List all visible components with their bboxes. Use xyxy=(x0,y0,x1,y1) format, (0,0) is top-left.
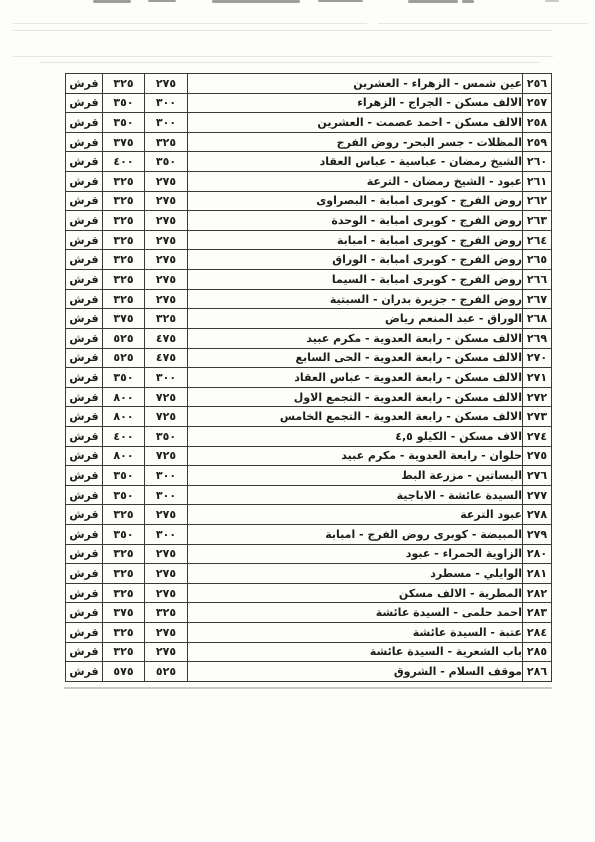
table-row: ٢٥٩المظلات - جسر البحر- روض الفرج٣٢٥٣٧٥ق… xyxy=(66,132,552,152)
fare-unit-cell: قرش xyxy=(66,250,103,270)
route-name-cell: احمد حلمى - السيدة عائشة xyxy=(188,603,523,623)
fare-unit-cell: قرش xyxy=(66,564,103,584)
fare-unit-cell: قرش xyxy=(66,270,103,290)
fare-low-cell: ٣٠٠ xyxy=(145,113,188,133)
row-number-cell: ٢٦٩ xyxy=(523,328,552,348)
fare-low-cell: ٧٢٥ xyxy=(145,407,188,427)
fare-unit-cell: قرش xyxy=(66,662,103,682)
route-name-cell: موقف السلام - الشروق xyxy=(188,662,523,682)
route-name-cell: روض الفرج - كوبرى امبابة - السيما xyxy=(188,270,523,290)
route-name-cell: روض الفرج - كوبرى امبابة - الوراق xyxy=(188,250,523,270)
route-name-cell: البساتين - مزرعة البط xyxy=(188,466,523,486)
route-name-cell: الالف مسكن - رابعة العدوية - التجمع الخا… xyxy=(188,407,523,427)
table-row: ٢٨٥باب الشعرية - السيدة عائشة٢٧٥٣٢٥قرش xyxy=(66,642,552,662)
scan-artifact-line xyxy=(40,62,540,63)
fare-low-cell: ٢٧٥ xyxy=(145,211,188,231)
fare-high-cell: ٨٠٠ xyxy=(103,446,145,466)
fare-high-cell: ٥٢٥ xyxy=(103,348,145,368)
fare-low-cell: ٧٢٥ xyxy=(145,446,188,466)
fare-unit-cell: قرش xyxy=(66,328,103,348)
route-name-cell: باب الشعرية - السيدة عائشة xyxy=(188,642,523,662)
fare-unit-cell: قرش xyxy=(66,348,103,368)
route-name-cell: الوراق - عبد المنعم رياض xyxy=(188,309,523,329)
fare-low-cell: ٢٧٥ xyxy=(145,191,188,211)
row-number-cell: ٢٥٩ xyxy=(523,132,552,152)
fare-high-cell: ٤٠٠ xyxy=(103,152,145,172)
fare-high-cell: ٤٠٠ xyxy=(103,426,145,446)
table-row: ٢٨٣احمد حلمى - السيدة عائشة٣٢٥٣٧٥قرش xyxy=(66,603,552,623)
scan-artifact xyxy=(212,0,300,3)
fare-unit-cell: قرش xyxy=(66,191,103,211)
table-row: ٢٦٧روض الفرج - جزيرة بدران - السبتية٢٧٥٣… xyxy=(66,289,552,309)
table-row: ٢٧٣الالف مسكن - رابعة العدوية - التجمع ا… xyxy=(66,407,552,427)
table-row: ٢٧١الالف مسكن - رابعة العدوية - عباس الع… xyxy=(66,368,552,388)
fare-low-cell: ٣٥٠ xyxy=(145,426,188,446)
fare-unit-cell: قرش xyxy=(66,446,103,466)
route-name-cell: عبود - الشيخ رمضان - الترعة xyxy=(188,172,523,192)
row-number-cell: ٢٦٠ xyxy=(523,152,552,172)
fare-unit-cell: قرش xyxy=(66,525,103,545)
fare-low-cell: ٤٧٥ xyxy=(145,348,188,368)
table-row: ٢٦٠الشيخ رمضان - عباسية - عباس العقاد٣٥٠… xyxy=(66,152,552,172)
route-name-cell: عبود الترعة xyxy=(188,505,523,525)
table-row: ٢٧٩المبيضة - كوبرى روض الفرج - امبابة٣٠٠… xyxy=(66,525,552,545)
table-row: ٢٥٦عين شمس - الزهراء - العشرين٢٧٥٣٢٥قرش xyxy=(66,74,552,94)
route-name-cell: حلوان - رابعة العدوية - مكرم عبيد xyxy=(188,446,523,466)
fare-low-cell: ٢٧٥ xyxy=(145,74,188,94)
fare-unit-cell: قرش xyxy=(66,368,103,388)
row-number-cell: ٢٨٣ xyxy=(523,603,552,623)
fare-high-cell: ٣٥٠ xyxy=(103,368,145,388)
table-row: ٢٧٨عبود الترعة٢٧٥٣٢٥قرش xyxy=(66,505,552,525)
fare-high-cell: ٣٢٥ xyxy=(103,172,145,192)
fare-high-cell: ٣٢٥ xyxy=(103,505,145,525)
row-number-cell: ٢٨٦ xyxy=(523,662,552,682)
fare-unit-cell: قرش xyxy=(66,466,103,486)
scan-artifact xyxy=(318,0,363,2)
fare-high-cell: ٥٧٥ xyxy=(103,662,145,682)
fare-unit-cell: قرش xyxy=(66,485,103,505)
fare-unit-cell: قرش xyxy=(66,623,103,643)
table-row: ٢٨٤عتبة - السيدة عائشة٢٧٥٣٢٥قرش xyxy=(66,623,552,643)
fare-unit-cell: قرش xyxy=(66,309,103,329)
row-number-cell: ٢٨٠ xyxy=(523,544,552,564)
table-row: ٢٨١الوايلي - مسطرد٢٧٥٣٢٥قرش xyxy=(66,564,552,584)
route-name-cell: المظلات - جسر البحر- روض الفرج xyxy=(188,132,523,152)
fare-low-cell: ٣٥٠ xyxy=(145,152,188,172)
scan-artifact-line xyxy=(378,23,588,24)
row-number-cell: ٢٧٢ xyxy=(523,387,552,407)
fare-unit-cell: قرش xyxy=(66,505,103,525)
route-name-cell: الالف مسكن - رابعة العدوية - التجمع الاو… xyxy=(188,387,523,407)
fare-unit-cell: قرش xyxy=(66,113,103,133)
row-number-cell: ٢٦٦ xyxy=(523,270,552,290)
row-number-cell: ٢٦٨ xyxy=(523,309,552,329)
row-number-cell: ٢٧٤ xyxy=(523,426,552,446)
fare-low-cell: ٢٧٥ xyxy=(145,289,188,309)
table-row: ٢٧٧السيدة عائشة - الاباجية٣٠٠٣٥٠قرش xyxy=(66,485,552,505)
table-row: ٢٥٨الالف مسكن - احمد عصمت - العشرين٣٠٠٣٥… xyxy=(66,113,552,133)
fare-low-cell: ٣٠٠ xyxy=(145,466,188,486)
row-number-cell: ٢٨٢ xyxy=(523,583,552,603)
fare-high-cell: ٨٠٠ xyxy=(103,407,145,427)
row-number-cell: ٢٧٨ xyxy=(523,505,552,525)
route-name-cell: المطرية - الالف مسكن xyxy=(188,583,523,603)
fare-unit-cell: قرش xyxy=(66,544,103,564)
table-row: ٢٦٥روض الفرج - كوبرى امبابة - الوراق٢٧٥٣… xyxy=(66,250,552,270)
scan-artifact-line xyxy=(13,30,553,31)
fare-unit-cell: قرش xyxy=(66,603,103,623)
fare-high-cell: ٣٥٠ xyxy=(103,525,145,545)
fare-low-cell: ٢٧٥ xyxy=(145,172,188,192)
scan-artifact xyxy=(545,0,559,2)
route-name-cell: روض الفرج - كوبرى امبابة - امبابة xyxy=(188,230,523,250)
scan-artifact xyxy=(462,0,474,3)
row-number-cell: ٢٦٥ xyxy=(523,250,552,270)
route-name-cell: الالف مسكن - رابعة العدوية - مكرم عبيد xyxy=(188,328,523,348)
table-row: ٢٨٦موقف السلام - الشروق٥٢٥٥٧٥قرش xyxy=(66,662,552,682)
table-row: ٢٧٠الالف مسكن - رابعة العدوية - الحى الس… xyxy=(66,348,552,368)
fare-table-body: ٢٥٦عين شمس - الزهراء - العشرين٢٧٥٣٢٥قرش٢… xyxy=(66,74,552,682)
fare-unit-cell: قرش xyxy=(66,172,103,192)
fare-low-cell: ٢٧٥ xyxy=(145,250,188,270)
fare-unit-cell: قرش xyxy=(66,387,103,407)
table-row: ٢٨٢المطرية - الالف مسكن٢٧٥٣٢٥قرش xyxy=(66,583,552,603)
fare-high-cell: ٣٢٥ xyxy=(103,289,145,309)
table-row: ٢٦٢روض الفرج - كوبرى امبابة - البصراوى٢٧… xyxy=(66,191,552,211)
fare-low-cell: ٤٧٥ xyxy=(145,328,188,348)
scan-artifact xyxy=(408,0,458,3)
fare-high-cell: ٣٢٥ xyxy=(103,544,145,564)
fare-low-cell: ٧٢٥ xyxy=(145,387,188,407)
route-name-cell: عين شمس - الزهراء - العشرين xyxy=(188,74,523,94)
table-row: ٢٦١عبود - الشيخ رمضان - الترعة٢٧٥٣٢٥قرش xyxy=(66,172,552,192)
fare-high-cell: ٣٢٥ xyxy=(103,230,145,250)
row-number-cell: ٢٦٤ xyxy=(523,230,552,250)
fare-low-cell: ٢٧٥ xyxy=(145,623,188,643)
fare-unit-cell: قرش xyxy=(66,289,103,309)
fare-high-cell: ٣٥٠ xyxy=(103,113,145,133)
row-number-cell: ٢٨٥ xyxy=(523,642,552,662)
row-number-cell: ٢٥٨ xyxy=(523,113,552,133)
fare-low-cell: ٢٧٥ xyxy=(145,270,188,290)
table-row: ٢٦٦روض الفرج - كوبرى امبابة - السيما٢٧٥٣… xyxy=(66,270,552,290)
route-name-cell: روض الفرج - كوبرى امبابة - الوحدة xyxy=(188,211,523,231)
scan-artifact-line xyxy=(13,23,367,24)
fare-low-cell: ٢٧٥ xyxy=(145,564,188,584)
route-name-cell: الالف مسكن - احمد عصمت - العشرين xyxy=(188,113,523,133)
fare-high-cell: ٣٧٥ xyxy=(103,132,145,152)
fare-unit-cell: قرش xyxy=(66,407,103,427)
route-name-cell: السيدة عائشة - الاباجية xyxy=(188,485,523,505)
row-number-cell: ٢٨١ xyxy=(523,564,552,584)
table-row: ٢٦٩الالف مسكن - رابعة العدوية - مكرم عبي… xyxy=(66,328,552,348)
row-number-cell: ٢٧٧ xyxy=(523,485,552,505)
fare-unit-cell: قرش xyxy=(66,583,103,603)
route-name-cell: الالف مسكن - الجراج - الزهراء xyxy=(188,93,523,113)
fare-unit-cell: قرش xyxy=(66,93,103,113)
row-number-cell: ٢٦٧ xyxy=(523,289,552,309)
fare-high-cell: ٣٥٠ xyxy=(103,485,145,505)
fare-high-cell: ٣٢٥ xyxy=(103,642,145,662)
scan-artifact xyxy=(148,0,176,2)
table-row: ٢٦٤روض الفرج - كوبرى امبابة - امبابة٢٧٥٣… xyxy=(66,230,552,250)
row-number-cell: ٢٦١ xyxy=(523,172,552,192)
fare-unit-cell: قرش xyxy=(66,132,103,152)
route-name-cell: عتبة - السيدة عائشة xyxy=(188,623,523,643)
fare-high-cell: ٣٢٥ xyxy=(103,583,145,603)
row-number-cell: ٢٧٣ xyxy=(523,407,552,427)
row-number-cell: ٢٦٣ xyxy=(523,211,552,231)
scan-artifact-line xyxy=(64,687,552,689)
route-name-cell: روض الفرج - جزيرة بدران - السبتية xyxy=(188,289,523,309)
fare-low-cell: ٣٢٥ xyxy=(145,603,188,623)
table-row: ٢٧٤الاف مسكن - الكيلو ٤,٥٣٥٠٤٠٠قرش xyxy=(66,426,552,446)
row-number-cell: ٢٧٠ xyxy=(523,348,552,368)
fare-low-cell: ٥٢٥ xyxy=(145,662,188,682)
route-name-cell: الالف مسكن - رابعة العدوية - الحى السابع xyxy=(188,348,523,368)
fare-low-cell: ٢٧٥ xyxy=(145,642,188,662)
fare-high-cell: ٣٢٥ xyxy=(103,211,145,231)
fare-low-cell: ٣٠٠ xyxy=(145,525,188,545)
fare-table: ٢٥٦عين شمس - الزهراء - العشرين٢٧٥٣٢٥قرش٢… xyxy=(65,73,552,682)
fare-unit-cell: قرش xyxy=(66,152,103,172)
table-row: ٢٨٠الزاوية الحمراء - عبود٢٧٥٣٢٥قرش xyxy=(66,544,552,564)
fare-high-cell: ٣٢٥ xyxy=(103,250,145,270)
row-number-cell: ٢٧٦ xyxy=(523,466,552,486)
fare-high-cell: ٣٢٥ xyxy=(103,270,145,290)
scanned-document-page: ٢٥٦عين شمس - الزهراء - العشرين٢٧٥٣٢٥قرش٢… xyxy=(0,0,595,842)
row-number-cell: ٢٨٤ xyxy=(523,623,552,643)
fare-unit-cell: قرش xyxy=(66,211,103,231)
scan-artifact xyxy=(93,0,131,3)
route-name-cell: الزاوية الحمراء - عبود xyxy=(188,544,523,564)
scan-artifact-line xyxy=(13,56,553,57)
fare-high-cell: ٣٢٥ xyxy=(103,74,145,94)
route-name-cell: المبيضة - كوبرى روض الفرج - امبابة xyxy=(188,525,523,545)
fare-unit-cell: قرش xyxy=(66,230,103,250)
fare-high-cell: ٣٧٥ xyxy=(103,309,145,329)
route-name-cell: الوايلي - مسطرد xyxy=(188,564,523,584)
table-row: ٢٧٢الالف مسكن - رابعة العدوية - التجمع ا… xyxy=(66,387,552,407)
fare-low-cell: ٣٢٥ xyxy=(145,309,188,329)
table-row: ٢٦٨الوراق - عبد المنعم رياض٣٢٥٣٧٥قرش xyxy=(66,309,552,329)
route-name-cell: الشيخ رمضان - عباسية - عباس العقاد xyxy=(188,152,523,172)
fare-low-cell: ٣٠٠ xyxy=(145,368,188,388)
fare-high-cell: ٣٥٠ xyxy=(103,93,145,113)
fare-low-cell: ٢٧٥ xyxy=(145,583,188,603)
route-name-cell: الاف مسكن - الكيلو ٤,٥ xyxy=(188,426,523,446)
fare-low-cell: ٢٧٥ xyxy=(145,544,188,564)
route-name-cell: الالف مسكن - رابعة العدوية - عباس العقاد xyxy=(188,368,523,388)
fare-unit-cell: قرش xyxy=(66,74,103,94)
row-number-cell: ٢٦٢ xyxy=(523,191,552,211)
fare-high-cell: ٣٢٥ xyxy=(103,623,145,643)
fare-low-cell: ٣٢٥ xyxy=(145,132,188,152)
route-name-cell: روض الفرج - كوبرى امبابة - البصراوى xyxy=(188,191,523,211)
fare-high-cell: ٥٢٥ xyxy=(103,328,145,348)
fare-high-cell: ٣٢٥ xyxy=(103,191,145,211)
fare-unit-cell: قرش xyxy=(66,642,103,662)
fare-high-cell: ٨٠٠ xyxy=(103,387,145,407)
row-number-cell: ٢٧١ xyxy=(523,368,552,388)
row-number-cell: ٢٥٧ xyxy=(523,93,552,113)
table-row: ٢٧٥حلوان - رابعة العدوية - مكرم عبيد٧٢٥٨… xyxy=(66,446,552,466)
fare-low-cell: ٢٧٥ xyxy=(145,230,188,250)
fare-high-cell: ٣٢٥ xyxy=(103,564,145,584)
row-number-cell: ٢٥٦ xyxy=(523,74,552,94)
fare-low-cell: ٣٠٠ xyxy=(145,93,188,113)
fare-high-cell: ٣٥٠ xyxy=(103,466,145,486)
table-row: ٢٥٧الالف مسكن - الجراج - الزهراء٣٠٠٣٥٠قر… xyxy=(66,93,552,113)
fare-unit-cell: قرش xyxy=(66,426,103,446)
fare-high-cell: ٣٧٥ xyxy=(103,603,145,623)
row-number-cell: ٢٧٩ xyxy=(523,525,552,545)
fare-low-cell: ٢٧٥ xyxy=(145,505,188,525)
row-number-cell: ٢٧٥ xyxy=(523,446,552,466)
fare-low-cell: ٣٠٠ xyxy=(145,485,188,505)
table-row: ٢٧٦البساتين - مزرعة البط٣٠٠٣٥٠قرش xyxy=(66,466,552,486)
table-row: ٢٦٣روض الفرج - كوبرى امبابة - الوحدة٢٧٥٣… xyxy=(66,211,552,231)
